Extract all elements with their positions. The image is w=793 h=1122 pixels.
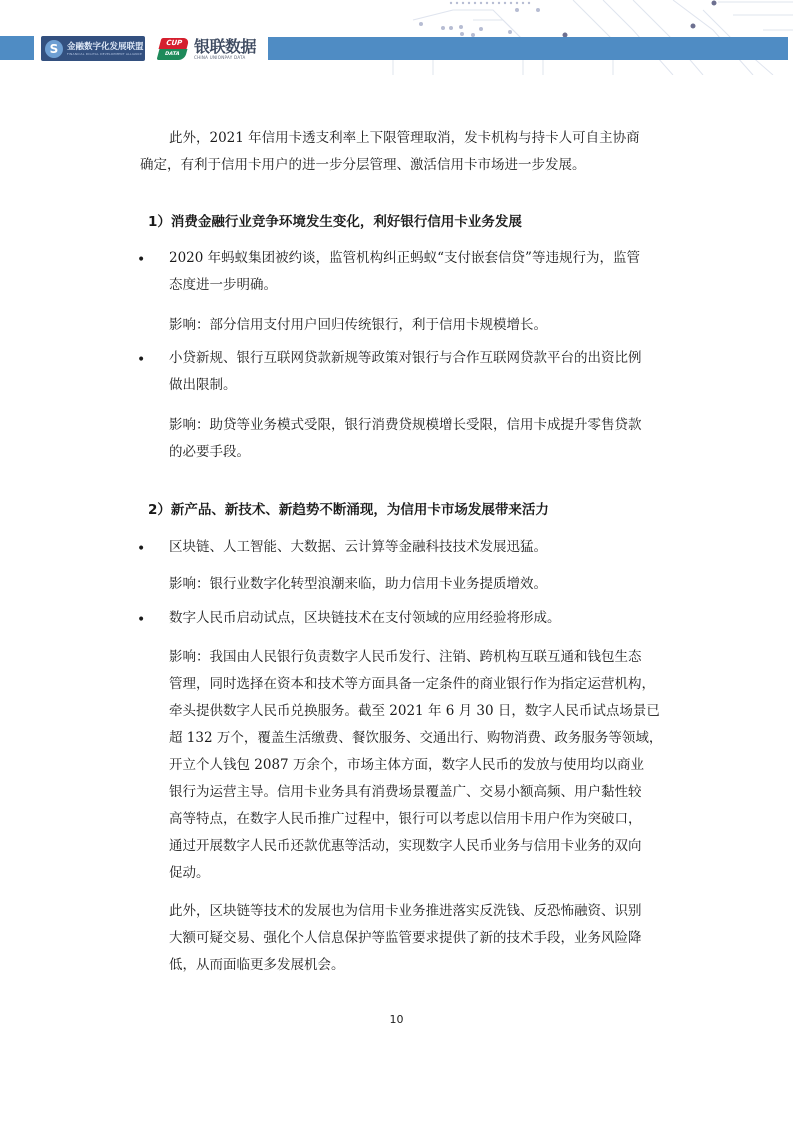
bullet-marker: • xyxy=(137,541,145,557)
cup-label: CUP xyxy=(159,38,190,49)
bullet-marker: • xyxy=(137,352,145,368)
intro-line-2: 确定，有利于信用卡用户的进一步分层管理、激活信用卡市场进一步发展。 xyxy=(140,152,586,179)
s1-b1-line-2: 态度进一步明确。 xyxy=(169,272,277,299)
fdda-logo: S 金融数字化发展联盟 FINANCIAL DIGITAL DEVELOPMEN… xyxy=(41,36,145,61)
closing-line-2: 大额可疑交易、强化个人信息保护等监管要求提供了新的技术手段，业务风险降 xyxy=(169,925,642,952)
s2-b2-impact-line-5: 开立个人钱包 2087 万余个，市场主体方面，数字人民币的发放与使用均以商业 xyxy=(169,752,644,779)
s2-b2-impact-line-6: 银行为运营主导。信用卡业务具有消费场景覆盖广、交易小额高频、用户黏性较 xyxy=(169,779,642,806)
s2-b1-line-1: 区块链、人工智能、大数据、云计算等金融科技技术发展迅猛。 xyxy=(169,534,547,561)
s2-b2-impact-line-2: 管理，同时选择在资本和技术等方面具备一定条件的商业银行作为指定运营机构， xyxy=(169,671,655,698)
s2-b2-impact-line-9: 促动。 xyxy=(169,860,210,887)
s1-b2-impact-line-2: 的必要手段。 xyxy=(169,439,250,466)
s2-b2-impact-line-7: 高等特点，在数字人民币推广过程中，银行可以考虑以信用卡用户作为突破口， xyxy=(169,806,642,833)
header-accent-bar-left xyxy=(0,36,34,60)
section-1-heading: 1）消费金融行业竞争环境发生变化，利好银行信用卡业务发展 xyxy=(148,210,522,230)
cup-data-icon: CUP DATA xyxy=(158,38,188,60)
page-number: 10 xyxy=(0,1013,793,1026)
s1-b2-line-1: 小贷新规、银行互联网贷款新规等政策对银行与合作互联网贷款平台的出资比例 xyxy=(169,345,642,372)
fdda-logo-name-cn: 金融数字化发展联盟 xyxy=(67,42,144,52)
data-label: DATA xyxy=(157,49,188,60)
intro-line-1: 此外，2021 年信用卡透支利率上下限管理取消，发卡机构与持卡人可自主协商 xyxy=(169,125,640,152)
page-header: S 金融数字化发展联盟 FINANCIAL DIGITAL DEVELOPMEN… xyxy=(0,0,793,75)
unionpay-data-name-en: CHINA UNIONPAY DATA xyxy=(194,55,256,60)
s1-b2-line-2: 做出限制。 xyxy=(169,372,237,399)
fdda-logo-name-en: FINANCIAL DIGITAL DEVELOPMENT ALLIANCE xyxy=(67,52,144,56)
s2-b2-impact-line-4: 超 132 万个，覆盖生活缴费、餐饮服务、交通出行、购物消费、政务服务等领域， xyxy=(169,725,662,752)
s2-b1-impact: 影响：银行业数字化转型浪潮来临，助力信用卡业务提质增效。 xyxy=(169,571,547,598)
s1-b1-impact: 影响：部分信用支付用户回归传统银行，利于信用卡规模增长。 xyxy=(169,312,547,339)
section-2-heading: 2）新产品、新技术、新趋势不断涌现，为信用卡市场发展带来活力 xyxy=(148,498,549,518)
s2-b2-line-1: 数字人民币启动试点，区块链技术在支付领域的应用经验将形成。 xyxy=(169,605,561,632)
bullet-marker: • xyxy=(137,612,145,628)
bullet-marker: • xyxy=(137,252,145,268)
unionpay-data-logo: CUP DATA 银联数据 CHINA UNIONPAY DATA xyxy=(158,36,266,61)
fdda-logo-icon: S xyxy=(45,40,63,58)
unionpay-data-name-cn: 银联数据 xyxy=(194,38,256,55)
s2-b2-impact-line-1: 影响：我国由人民银行负责数字人民币发行、注销、跨机构互联互通和钱包生态 xyxy=(169,644,642,671)
s1-b1-line-1: 2020 年蚂蚁集团被约谈，监管机构纠正蚂蚁“支付嵌套信贷”等违规行为，监管 xyxy=(169,245,640,272)
header-accent-bar-right xyxy=(268,37,788,60)
s2-b2-impact-line-3: 牵头提供数字人民币兑换服务。截至 2021 年 6 月 30 日，数字人民币试点… xyxy=(169,698,660,725)
s2-b2-impact-line-8: 通过开展数字人民币还款优惠等活动，实现数字人民币业务与信用卡业务的双向 xyxy=(169,833,642,860)
closing-line-3: 低，从而面临更多发展机会。 xyxy=(169,952,345,979)
closing-line-1: 此外，区块链等技术的发展也为信用卡业务推进落实反洗钱、反恐怖融资、识别 xyxy=(169,898,642,925)
s1-b2-impact-line-1: 影响：助贷等业务模式受限，银行消费贷规模增长受限，信用卡成提升零售贷款 xyxy=(169,412,642,439)
